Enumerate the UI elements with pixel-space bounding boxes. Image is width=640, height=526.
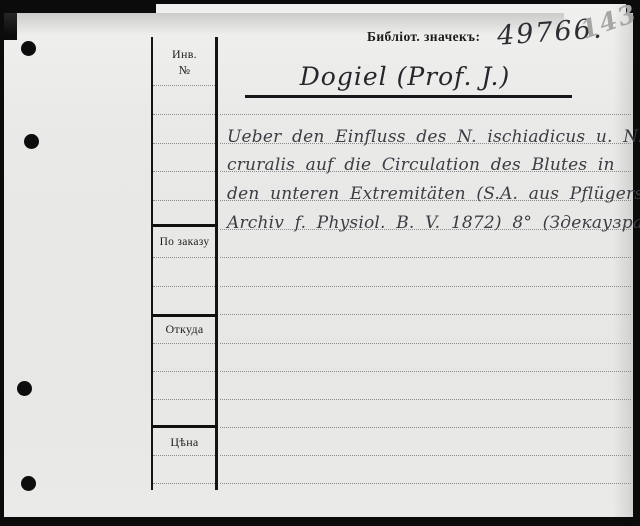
ruling-dotted-line (153, 200, 215, 201)
ruling-dotted-line (220, 257, 631, 258)
title-line-2: cruralis auf die Circulation des Blutes … (227, 155, 633, 175)
ruling-dotted-line (153, 143, 215, 144)
scan-edge-top-left (0, 0, 156, 13)
ruling-dotted-line (153, 343, 215, 344)
column-left-rule (151, 37, 153, 490)
ruling-dotted-line (153, 371, 215, 372)
by-order-label: По заказу (151, 236, 218, 248)
inventory-number-label-line1: Инв. (151, 47, 218, 62)
scan-edge-bottom (0, 517, 640, 526)
ruling-dotted-line (220, 114, 631, 115)
column-divider-rule (151, 224, 218, 227)
ruling-dotted-line (153, 455, 215, 456)
ruling-dotted-line (153, 114, 215, 115)
ruling-dotted-line (153, 257, 215, 258)
title-line-4: Archiv f. Physiol. B. V. 1872) 8° (Здека… (227, 213, 633, 233)
from-where-label: Откуда (151, 322, 218, 337)
punch-hole (24, 134, 39, 149)
column-divider-rule (151, 425, 218, 428)
page-edge-shadow (613, 0, 633, 526)
ruling-dotted-line (220, 286, 631, 287)
ruling-dotted-line (220, 399, 631, 400)
ruling-dotted-line (153, 483, 215, 484)
ruling-dotted-line (220, 371, 631, 372)
price-label: Цѣна (151, 435, 218, 450)
inventory-number-label-line2: № (151, 63, 218, 78)
ruling-dotted-line (220, 314, 631, 315)
ruling-dotted-line (220, 427, 631, 428)
ruling-dotted-line (220, 455, 631, 456)
library-mark-label: Библіот. значекъ: (367, 29, 480, 45)
scanned-library-catalog-card: Инв. № По заказу Откуда Цѣна Библіот. зн… (0, 0, 640, 526)
ruling-dotted-line (153, 85, 215, 86)
ruling-dotted-line (153, 399, 215, 400)
ruling-dotted-line (153, 286, 215, 287)
scan-edge-left (0, 0, 4, 526)
scan-edge-right (633, 0, 640, 526)
punch-hole (21, 476, 36, 491)
ruling-dotted-line (220, 343, 631, 344)
author-underline (245, 95, 572, 98)
title-line-3: den unteren Extremitäten (S.A. aus Pflüg… (227, 184, 633, 204)
column-right-rule (215, 37, 218, 490)
punch-hole (17, 381, 32, 396)
ruling-dotted-line (153, 171, 215, 172)
column-divider-rule (151, 314, 218, 317)
author-heading-handwritten: Dogiel (Prof. J.) (240, 62, 570, 91)
title-line-1: Ueber den Einfluss des N. ischiadicus u.… (227, 127, 633, 147)
punch-hole (21, 41, 36, 56)
ruling-dotted-line (220, 483, 631, 484)
